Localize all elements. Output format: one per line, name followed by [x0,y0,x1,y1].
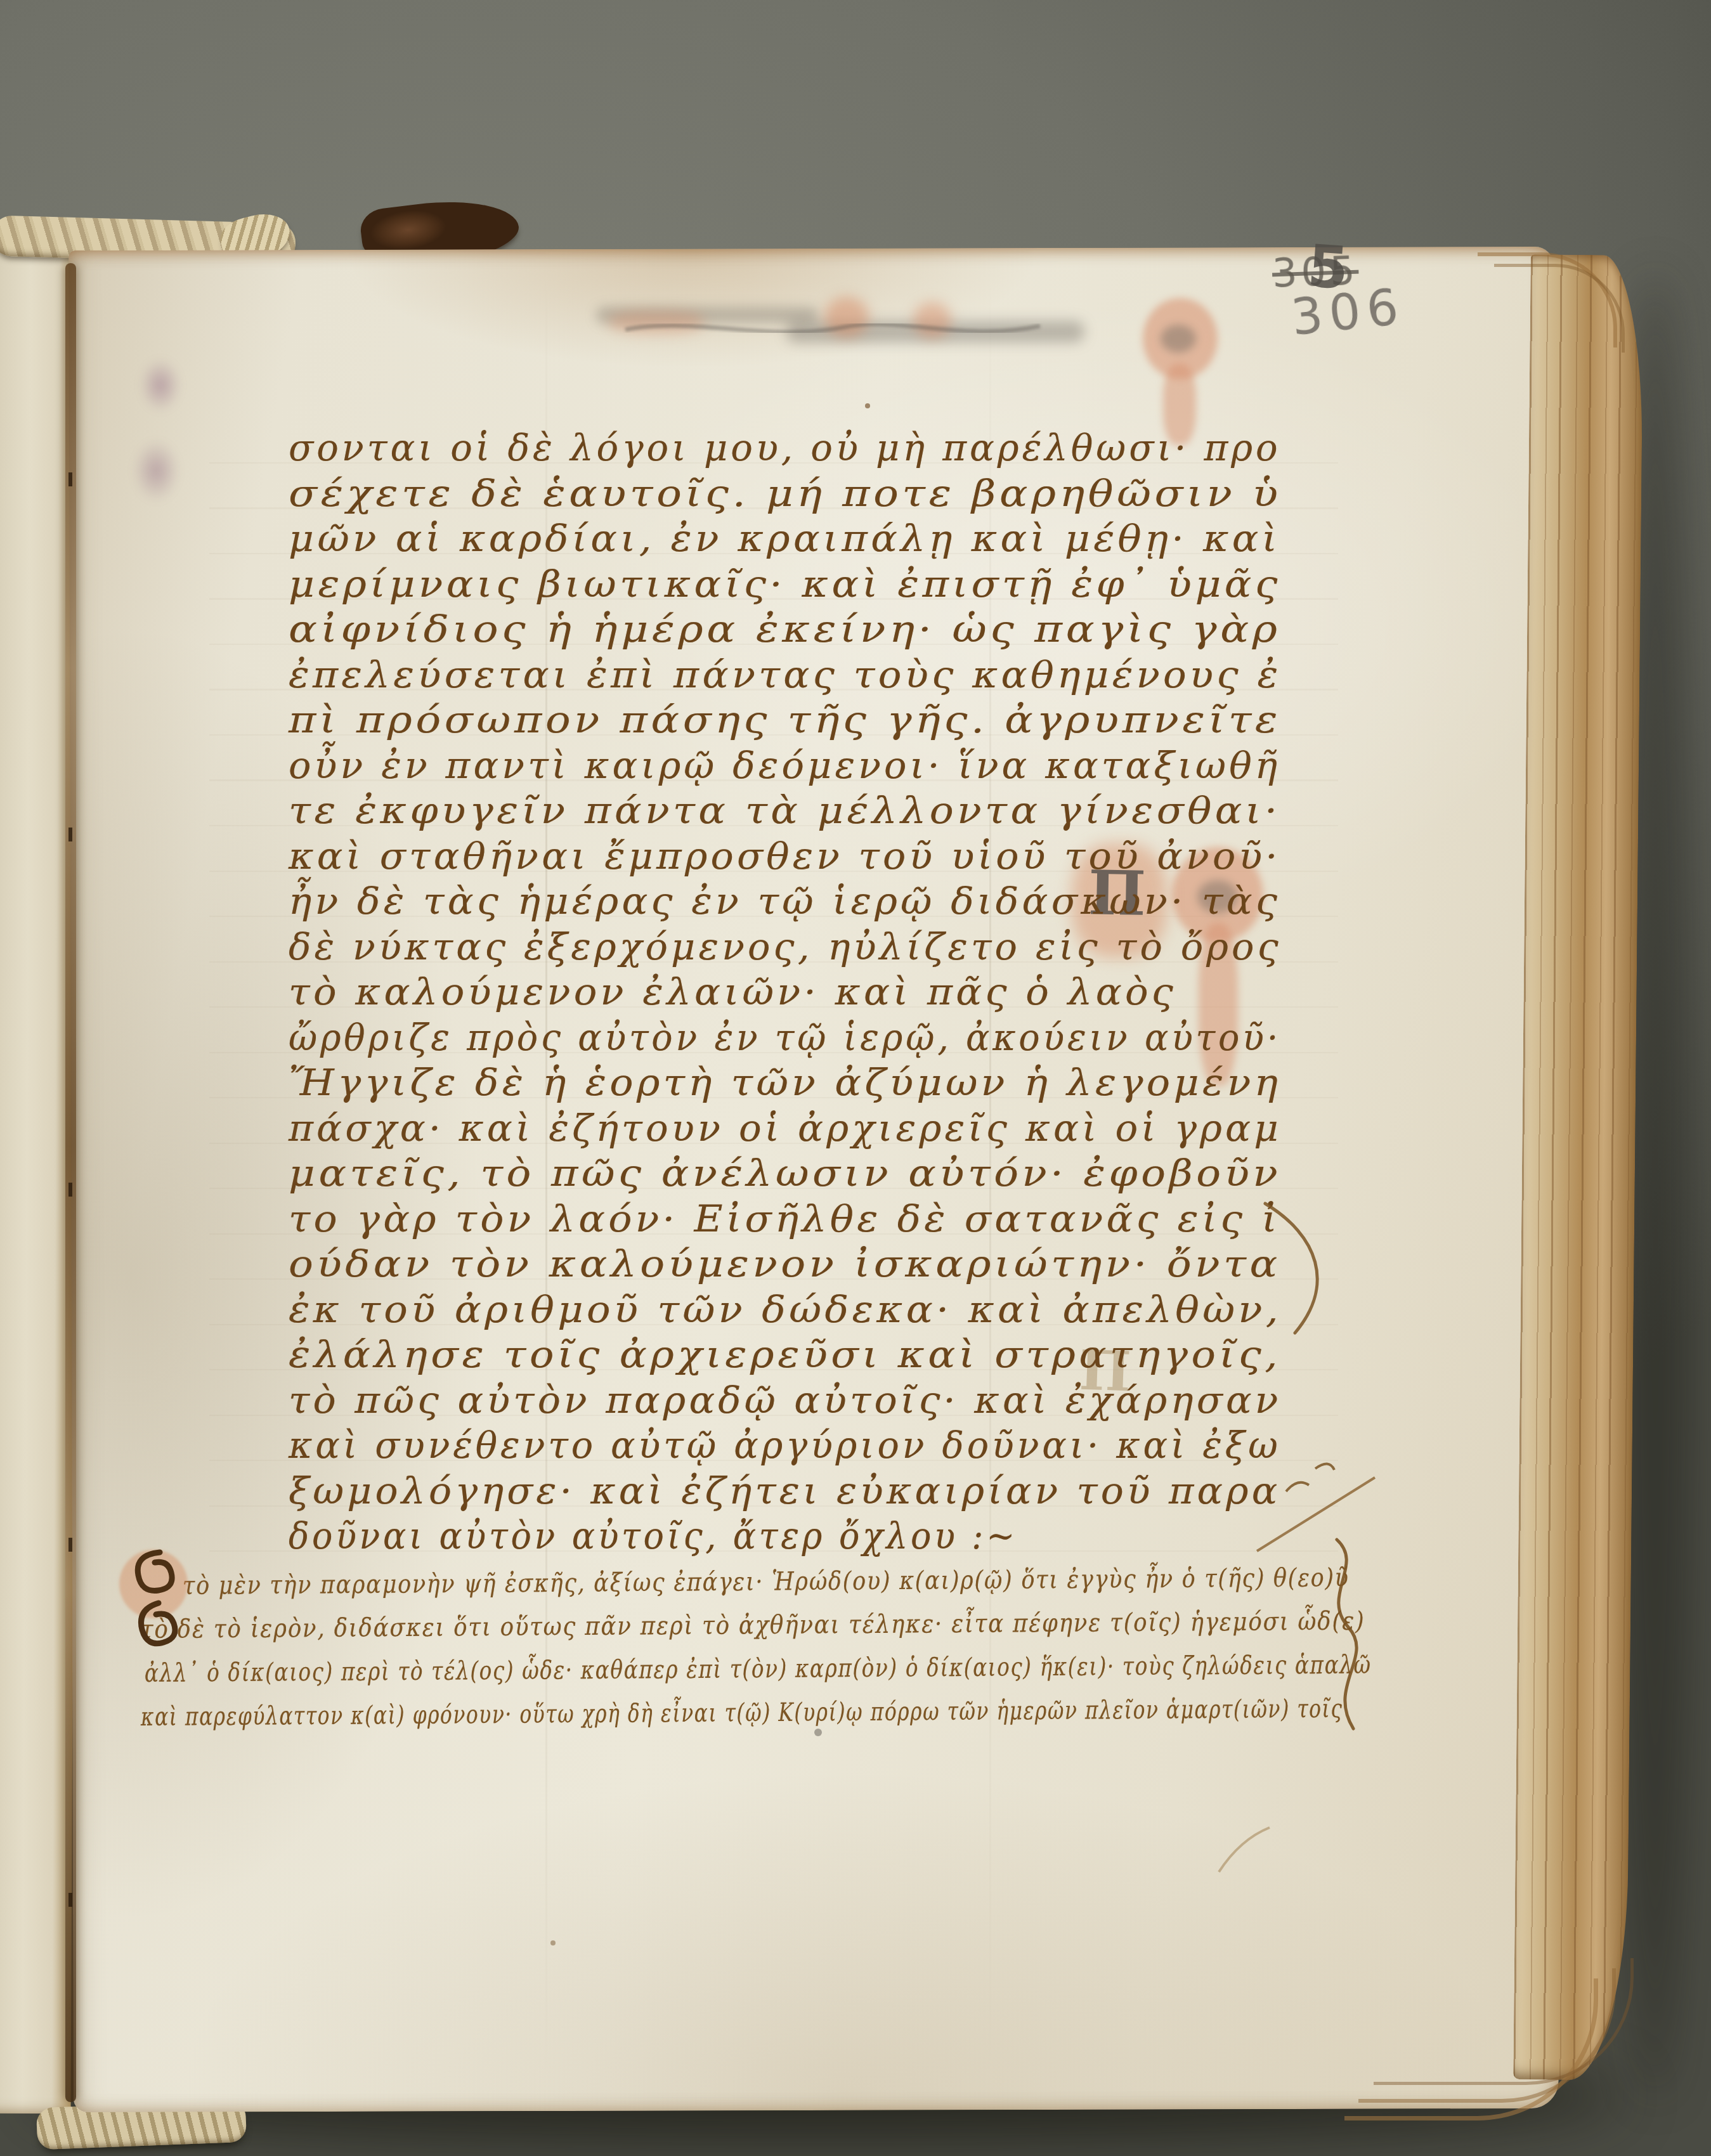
text-line-6: ἐπελεύσεται ἐπὶ πάντας τοὺς καθημένους ἐ [289,653,1282,696]
pink-bleed-spot [913,302,951,339]
text-line-9: τε ἐκφυγεῖν πάντα τὰ μέλλοντα γίνεσθαι· [289,789,1281,832]
text-line-16: πάσχα· καὶ ἐζήτουν οἱ ἀρχιερεῖς καὶ οἱ γ… [289,1107,1282,1150]
text-line-14: ὤρθριζε πρὸς αὐτὸν ἐν τῷ ἱερῷ, ἀκούειν α… [289,1016,1281,1059]
text-line-22: τὸ πῶς αὐτὸν παραδῷ αὐτοῖς· καὶ ἐχάρησαν [289,1379,1282,1422]
text-line-23: καὶ συνέθεντο αὐτῷ ἀργύριον δοῦναι· καὶ … [289,1424,1281,1467]
text-line-12: δὲ νύκτας ἐξερχόμενος, ηὐλίζετο εἰς τὸ ὄ… [289,925,1282,968]
blob-gray-core [1161,325,1196,353]
text-line-2: σέχετε δὲ ἑαυτοῖς. μή ποτε βαρηθῶσιν ὑ [289,472,1282,515]
foliation-number: 306 [1289,278,1407,347]
text-line-25: δοῦναι αὐτὸν αὐτοῖς, ἄτερ ὄχλου :~ [289,1514,1018,1557]
gutter-seam [65,263,76,2102]
text-line-20: ἐκ τοῦ ἀριθμοῦ τῶν δώδεκα· καὶ ἀπελθὼν, [289,1288,1282,1331]
text-line-15: Ἤγγιζε δὲ ἡ ἑορτὴ τῶν ἀζύμων ἡ λεγομένη [289,1061,1281,1104]
text-line-19: ούδαν τὸν καλούμενον ἰσκαριώτην· ὄντα [289,1242,1281,1285]
leaf-edge-arc [1374,1958,1634,2085]
pink-bleed-spot [824,297,869,337]
text-line-4: μερίμναις βιωτικαῖς· καὶ ἐπιστῇ ἐφ᾽ ὑμᾶς [289,562,1281,606]
manuscript-photo-stage: Π Π 305 5 306 σονται οἱ δὲ λόγοι μου, οὐ… [0,0,1711,2156]
text-line-7: πὶ πρόσωπον πάσης τῆς γῆς. ἀγρυπνεῖτε [289,698,1281,741]
purple-stain [119,342,202,514]
text-line-24: ξωμολόγησε· καὶ ἐζήτει εὐκαιρίαν τοῦ παρ… [289,1469,1280,1512]
text-line-8: οὖν ἐν παντὶ καιρῷ δεόμενοι· ἵνα καταξιω… [289,744,1280,787]
pink-bleed-spot [609,311,704,334]
text-line-13: τὸ καλούμενον ἐλαιῶν· καὶ πᾶς ὁ λαὸς [289,970,1176,1013]
text-line-21: ἐλάλησε τοῖς ἀρχιερεῦσι καὶ στρατηγοῖς, [289,1333,1281,1376]
sewing-stitches [68,263,72,2102]
text-line-18: το γὰρ τὸν λαόν· Εἰσῆλθε δὲ σατανᾶς εἰς … [289,1197,1280,1240]
erased-title-smudge [596,279,1129,374]
fore-edge-page-stack [1513,254,1644,2081]
text-line-5: αἰφνίδιος ἡ ἡμέρα ἐκείνη· ὡς παγὶς γὰρ [289,607,1281,651]
text-line-1: σονται οἱ δὲ λόγοι μου, οὐ μὴ παρέλθωσι·… [289,426,1281,469]
text-line-10: καὶ σταθῆναι ἔμπροσθεν τοῦ υἱοῦ τοῦ ἀνοῦ… [289,834,1281,878]
text-line-3: μῶν αἱ καρδίαι, ἐν κραιπάλῃ καὶ μέθῃ· κα… [289,517,1280,560]
text-line-11: ἦν δὲ τὰς ἡμέρας ἐν τῷ ἱερῷ διδάσκων· τὰ… [289,880,1280,923]
text-line-17: ματεῖς, τὸ πῶς ἀνέλωσιν αὐτόν· ἐφοβοῦν [289,1152,1281,1195]
